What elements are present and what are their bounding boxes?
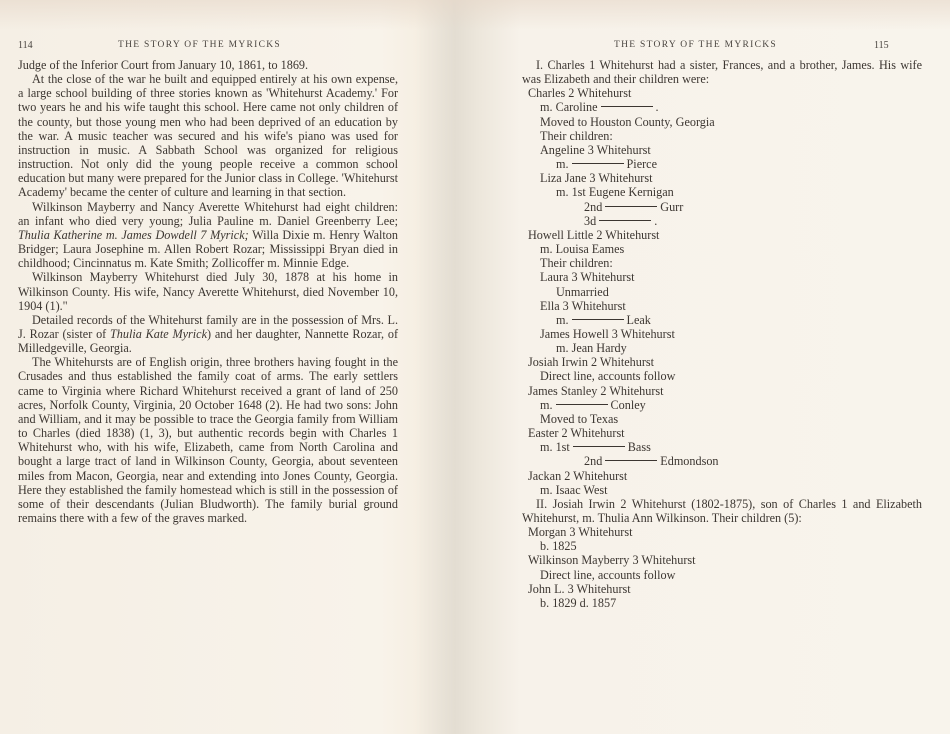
genealogy-entry: m. Jean Hardy [522,341,922,355]
paragraph: Wilkinson Mayberry Whitehurst died July … [18,270,398,312]
entry-text: 2nd [584,200,602,214]
genealogy-entry: Direct line, accounts follow [522,369,922,383]
page-top-shadow [0,0,950,30]
entry-text: m. Isaac West [540,483,608,497]
genealogy-entry: Howell Little 2 Whitehurst [522,228,922,242]
entry-text: Howell Little 2 Whitehurst [528,228,659,242]
genealogy-entry: Moved to Houston County, Georgia [522,115,922,129]
entry-text: m. [556,313,569,327]
entry-text: b. 1825 [540,539,577,553]
entry-text: Liza Jane 3 Whitehurst [540,171,652,185]
paragraph: At the close of the war he built and equ… [18,72,398,199]
entry-text: Direct line, accounts follow [540,568,675,582]
genealogy-entry: m. Caroline. [522,100,922,114]
entry-text: m. [540,398,553,412]
entry-suffix: Pierce [627,157,657,171]
entry-text: Josiah Irwin 2 Whitehurst [528,355,654,369]
genealogy-entry: b. 1829 d. 1857 [522,596,922,610]
unknown-name-blank [572,163,624,164]
entry-text: Easter 2 Whitehurst [528,426,625,440]
paragraph: Wilkinson Mayberry and Nancy Averette Wh… [18,200,398,271]
genealogy-entry: Unmarried [522,285,922,299]
running-head: THE STORY OF THE MYRICKS [118,40,281,50]
genealogy-entry: m.Conley [522,398,922,412]
unknown-name-blank [573,446,625,447]
genealogy-entry: James Howell 3 Whitehurst [522,327,922,341]
genealogy-entry: Direct line, accounts follow [522,568,922,582]
genealogy-entry: James Stanley 2 Whitehurst [522,384,922,398]
genealogy-entry: m.Pierce [522,157,922,171]
book-spread: 114 THE STORY OF THE MYRICKS Judge of th… [0,0,950,734]
genealogy-entry: m. 1st Eugene Kernigan [522,185,922,199]
genealogy-entry: m. Louisa Eames [522,242,922,256]
genealogy-entry: b. 1825 [522,539,922,553]
page-number: 114 [18,40,33,51]
genealogy-entry: m.Leak [522,313,922,327]
genealogy-entry: Moved to Texas [522,412,922,426]
entry-text: m. Louisa Eames [540,242,624,256]
italic-name: Thulia Katherine m. James Dowdell 7 Myri… [18,228,249,242]
unknown-name-blank [599,220,651,221]
entry-text: Laura 3 Whitehurst [540,270,635,284]
entry-suffix: Conley [611,398,646,412]
unknown-name-blank [556,404,608,405]
entry-text: Wilkinson Mayberry 3 Whitehurst [528,553,696,567]
genealogy-entry: Their children: [522,256,922,270]
genealogy-entry: Jackan 2 Whitehurst [522,469,922,483]
entry-text: 2nd [584,454,602,468]
genealogy-entry: Laura 3 Whitehurst [522,270,922,284]
unknown-name-blank [601,106,653,107]
section-two-intro: II. Josiah Irwin 2 Whitehurst (1802-1875… [522,497,922,525]
entry-text: m. [556,157,569,171]
text-run: Wilkinson Mayberry and Nancy Averette Wh… [18,200,398,228]
genealogy-entry: 2ndEdmondson [522,454,922,468]
genealogy-list-section-two: Morgan 3 Whitehurstb. 1825Wilkinson Mayb… [522,525,922,610]
genealogy-list: Charles 2 Whitehurstm. Caroline.Moved to… [522,86,922,497]
entry-suffix: . [656,100,659,114]
left-page-body: Judge of the Inferior Court from January… [18,58,398,525]
genealogy-entry: Morgan 3 Whitehurst [522,525,922,539]
genealogy-entry: Liza Jane 3 Whitehurst [522,171,922,185]
entry-text: Their children: [540,256,613,270]
entry-text: James Howell 3 Whitehurst [540,327,675,341]
entry-text: Moved to Texas [540,412,618,426]
paragraph: Detailed records of the Whitehurst famil… [18,313,398,355]
entry-suffix: Edmondson [660,454,718,468]
entry-text: m. Jean Hardy [556,341,627,355]
paragraph: The Whitehursts are of English origin, t… [18,355,398,525]
entry-suffix: Bass [628,440,651,454]
entry-text: Moved to Houston County, Georgia [540,115,715,129]
entry-text: Direct line, accounts follow [540,369,675,383]
entry-text: Unmarried [556,285,609,299]
unknown-name-blank [605,460,657,461]
entry-text: John L. 3 Whitehurst [528,582,631,596]
genealogy-entry: m. 1stBass [522,440,922,454]
section-one-intro: I. Charles 1 Whitehurst had a sister, Fr… [522,58,922,86]
right-page-body: I. Charles 1 Whitehurst had a sister, Fr… [522,58,922,610]
entry-text: b. 1829 d. 1857 [540,596,616,610]
entry-suffix: Gurr [660,200,683,214]
entry-text: m. Caroline [540,100,598,114]
entry-suffix: . [654,214,657,228]
page-number: 115 [874,40,889,51]
genealogy-entry: Ella 3 Whitehurst [522,299,922,313]
genealogy-entry: Easter 2 Whitehurst [522,426,922,440]
genealogy-entry: Josiah Irwin 2 Whitehurst [522,355,922,369]
genealogy-entry: Charles 2 Whitehurst [522,86,922,100]
entry-suffix: Leak [627,313,651,327]
entry-text: Jackan 2 Whitehurst [528,469,627,483]
unknown-name-blank [572,319,624,320]
entry-text: Charles 2 Whitehurst [528,86,631,100]
entry-text: 3d [584,214,596,228]
entry-text: m. 1st Eugene Kernigan [556,185,674,199]
genealogy-entry: Angeline 3 Whitehurst [522,143,922,157]
genealogy-entry: 3d. [522,214,922,228]
entry-text: James Stanley 2 Whitehurst [528,384,664,398]
genealogy-entry: Wilkinson Mayberry 3 Whitehurst [522,553,922,567]
running-head: THE STORY OF THE MYRICKS [614,40,777,50]
paragraph: Judge of the Inferior Court from January… [18,58,398,72]
entry-text: Morgan 3 Whitehurst [528,525,633,539]
entry-text: Ella 3 Whitehurst [540,299,626,313]
genealogy-entry: John L. 3 Whitehurst [522,582,922,596]
genealogy-entry: Their children: [522,129,922,143]
italic-name: Thulia Kate Myrick [110,327,207,341]
genealogy-entry: 2ndGurr [522,200,922,214]
entry-text: Angeline 3 Whitehurst [540,143,651,157]
entry-text: m. 1st [540,440,570,454]
unknown-name-blank [605,206,657,207]
genealogy-entry: m. Isaac West [522,483,922,497]
entry-text: Their children: [540,129,613,143]
